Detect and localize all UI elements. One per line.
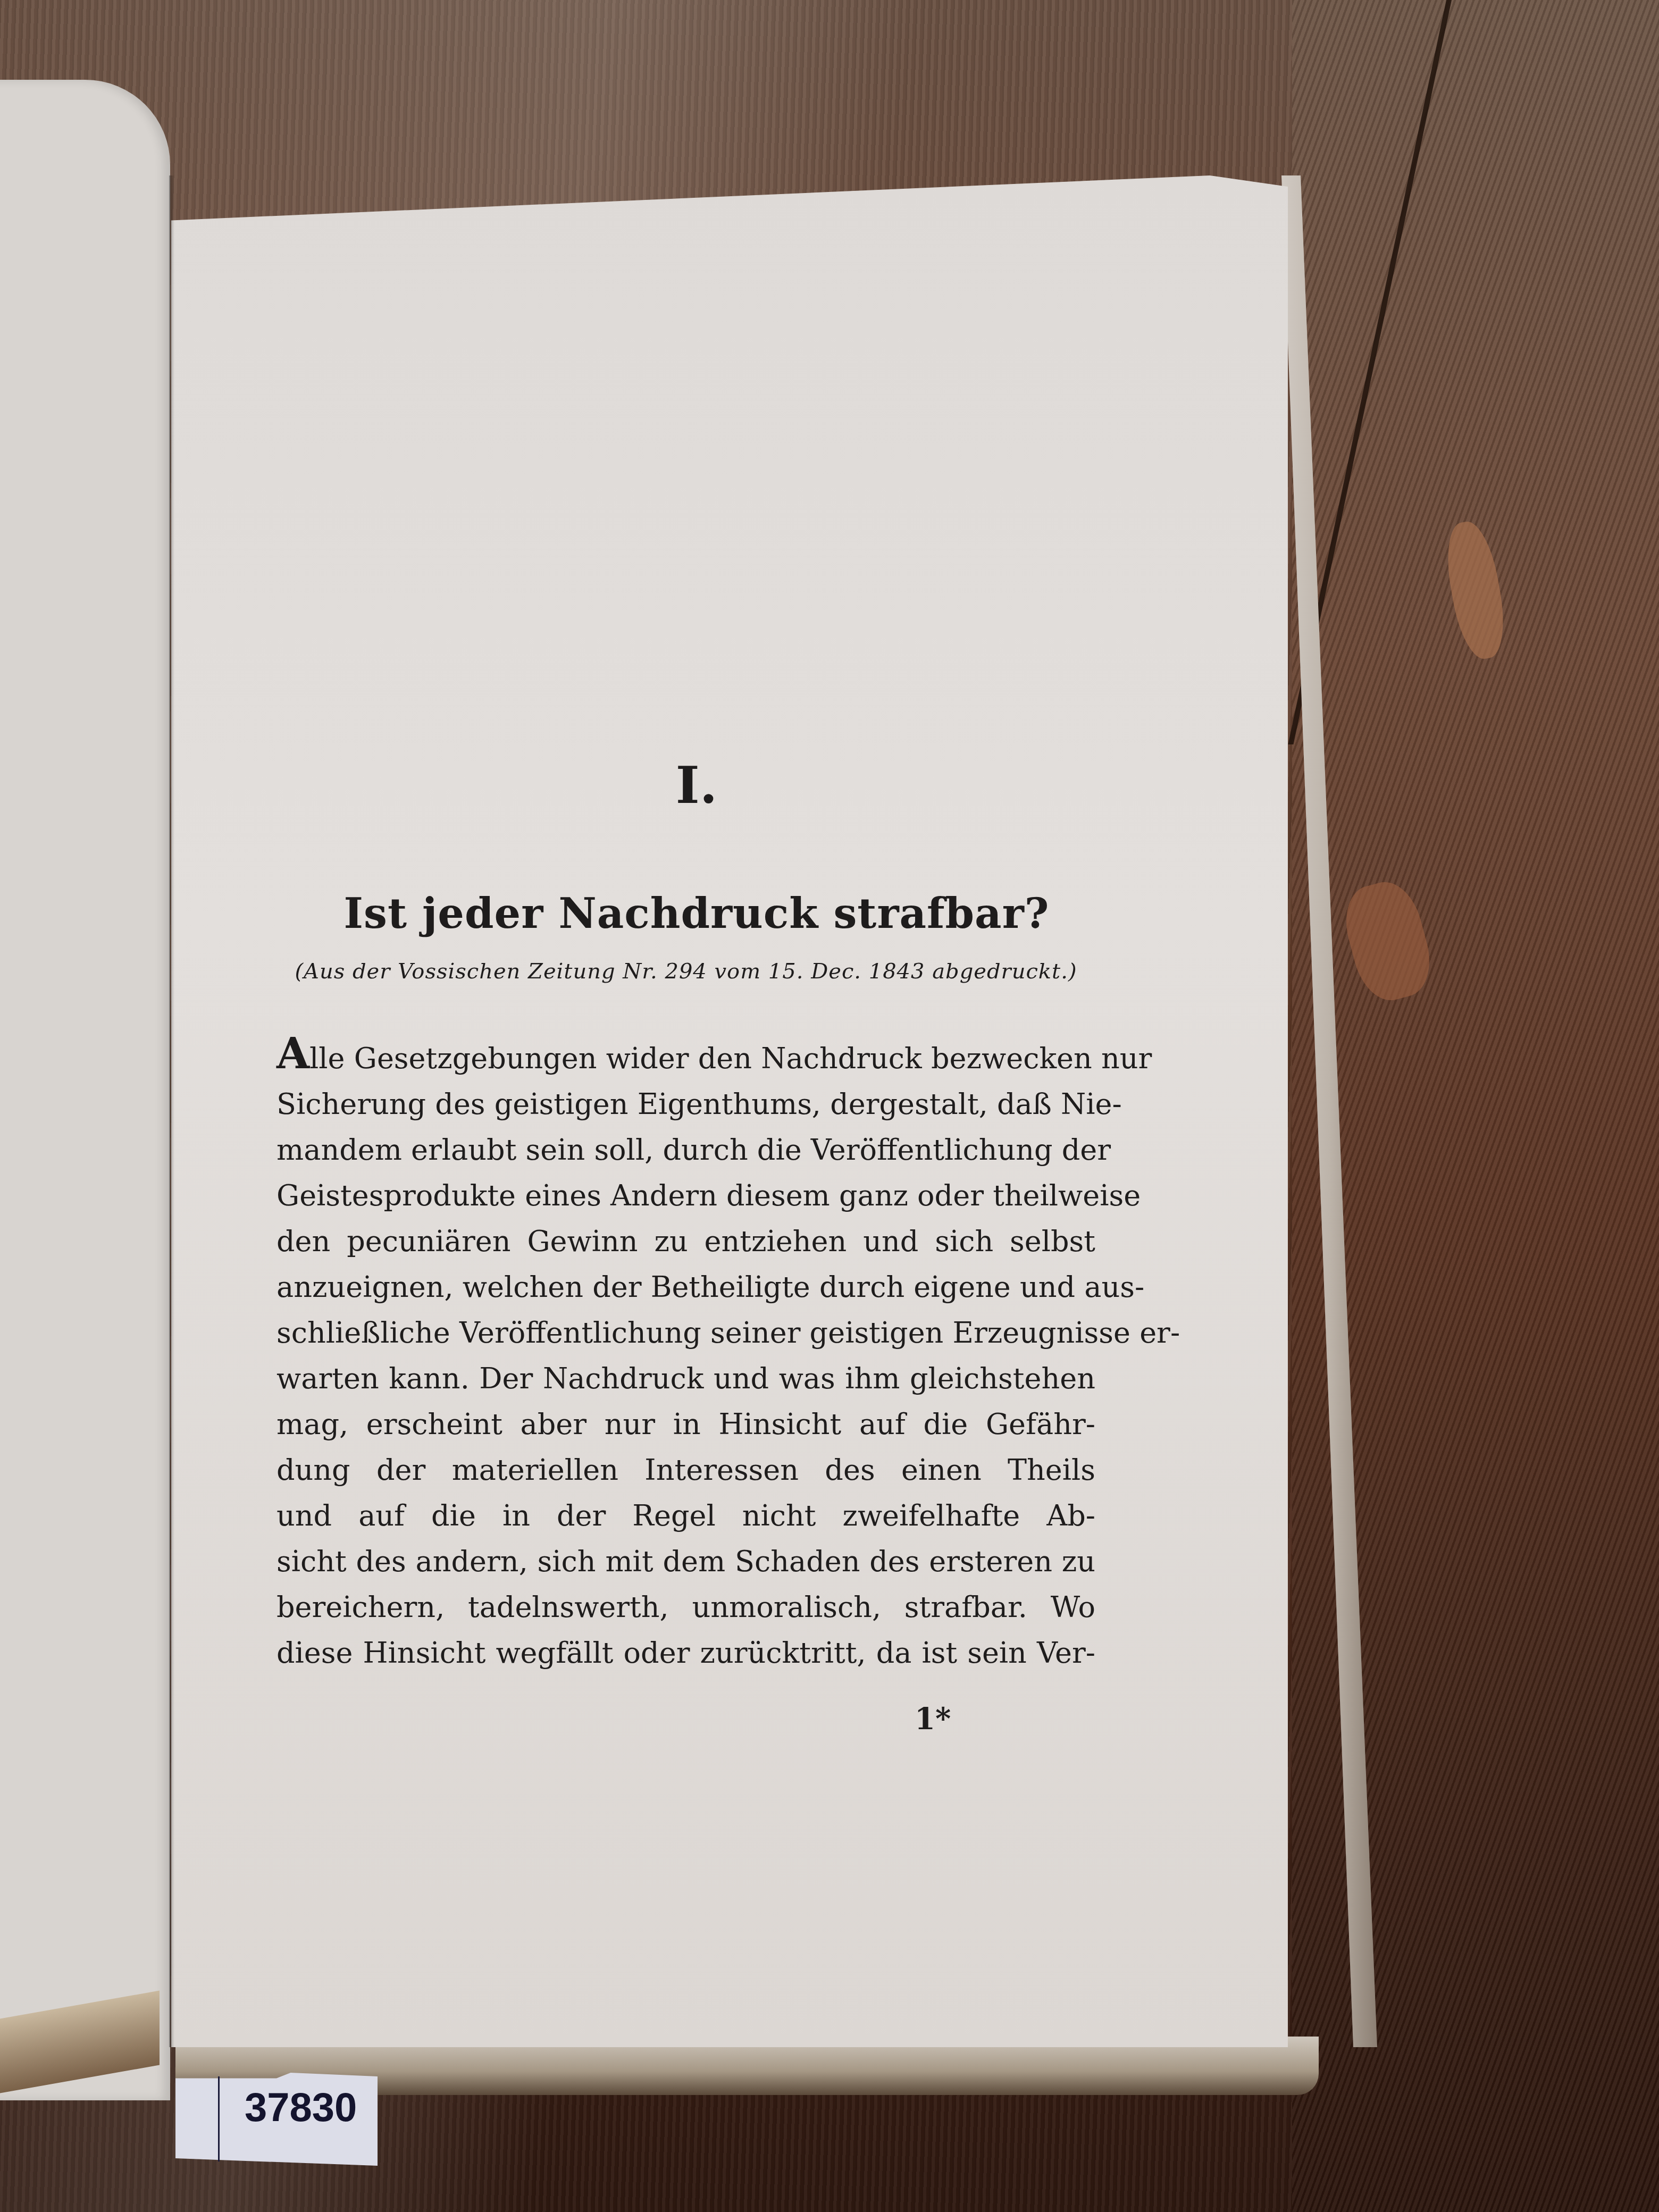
body-line-text: lle Gesetzgebungen wider den Nachdruck b… [309,1042,1152,1075]
body-line: Geistesprodukte eines Andern diesem ganz… [276,1173,1095,1219]
body-line: und auf die in der Regel nicht zweifelha… [276,1493,1095,1539]
signature-mark: 1* [915,1702,951,1737]
body-line: sicht des andern, sich mit dem Schaden d… [276,1539,1095,1585]
body-line: schließliche Veröffentlichung seiner gei… [276,1310,1095,1356]
body-line: anzueignen, welchen der Betheiligte durc… [276,1264,1095,1310]
left-page-blank [0,80,170,2100]
body-line: warten kann. Der Nachdruck und was ihm g… [276,1356,1095,1402]
body-line: den pecuniären Gewinn zu entziehen und s… [276,1219,1095,1264]
catalog-number: 37830 [245,2084,357,2131]
body-paragraph: Alle Gesetzgebungen wider den Nachdruck … [276,1030,1095,1676]
page-text-block: I. Ist jeder Nachdruck strafbar? (Aus de… [276,755,1095,1676]
book-gutter [169,175,174,2047]
label-divider [218,2076,220,2161]
chapter-title: Ist jeder Nachdruck strafbar? [298,890,1095,938]
body-line: diese Hinsicht wegfällt oder zurücktritt… [276,1630,1095,1676]
body-line: mandem erlaubt sein soll, durch die Verö… [276,1127,1095,1173]
source-citation: (Aus der Vossischen Zeitung Nr. 294 vom … [276,959,1095,984]
body-line: Sicherung des geistigen Eigenthums, derg… [276,1082,1095,1127]
body-line: dung der materiellen Interessen des eine… [276,1447,1095,1493]
initial-letter: A [276,1028,309,1078]
body-line: Alle Gesetzgebungen wider den Nachdruck … [276,1030,1095,1082]
body-line: bereichern, tadelnswerth, unmoralisch, s… [276,1585,1095,1630]
chapter-numeral: I. [298,755,1095,815]
body-line: mag, erscheint aber nur in Hinsicht auf … [276,1402,1095,1447]
